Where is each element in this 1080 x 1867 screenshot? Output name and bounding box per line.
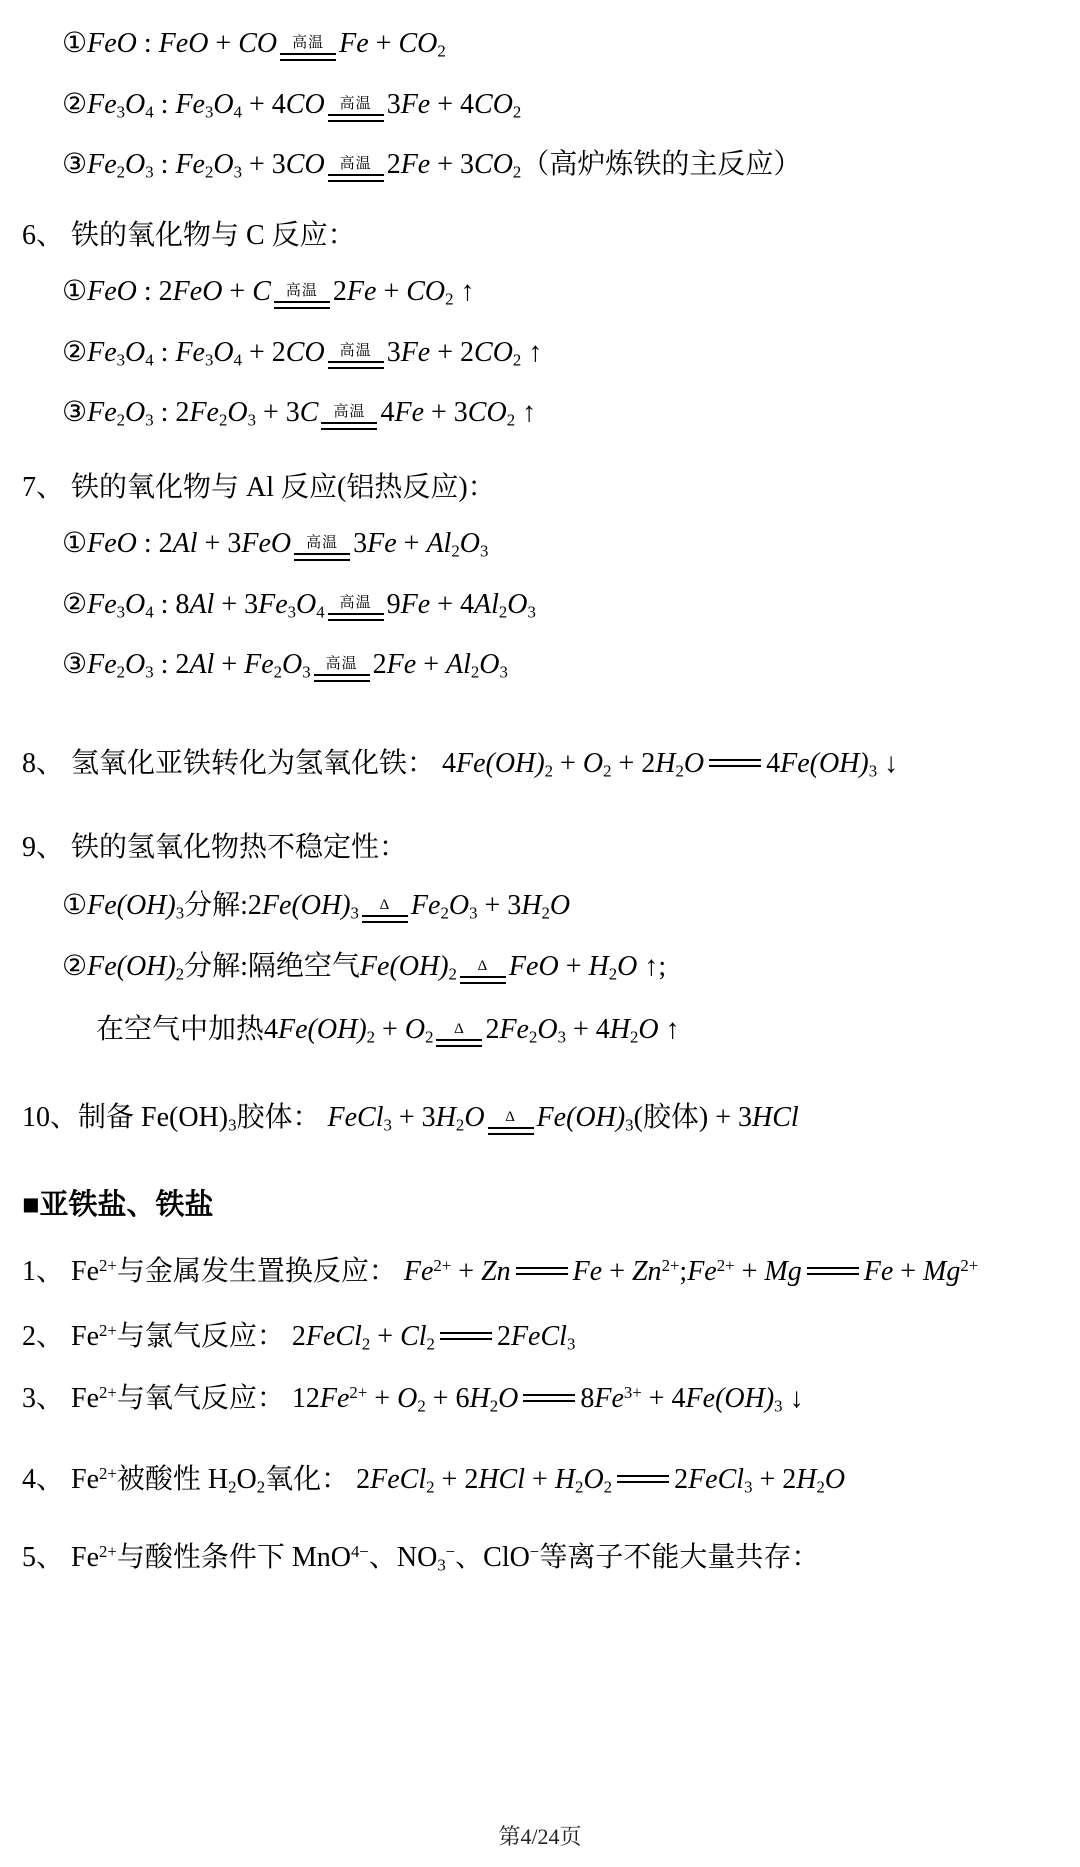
text-run: O	[464, 1102, 484, 1133]
text-run: + 2	[611, 748, 655, 779]
text-run: ①	[62, 528, 87, 559]
text-run: O	[125, 337, 145, 368]
text-run: :	[154, 89, 176, 120]
text-run: +	[397, 528, 427, 559]
list-item: 3、 Fe2+与氧气反应： 12Fe2+ + O2 + 6H2O8Fe3+ + …	[22, 1381, 1062, 1418]
text-run: CO	[406, 276, 445, 307]
text-run: HCl	[752, 1102, 799, 1133]
text-run: O	[125, 149, 145, 180]
subscript: 2	[507, 411, 515, 430]
subscript: 2	[117, 663, 125, 682]
text-run: H	[521, 890, 541, 921]
superscript: 2+	[717, 1256, 735, 1275]
text-run: O	[617, 951, 637, 982]
subscript: 4	[145, 350, 153, 369]
text-run: +	[602, 1256, 632, 1287]
text-run: Fe	[401, 149, 431, 180]
double-line-equals	[436, 1039, 482, 1047]
text-run: 与酸性条件下 MnO	[117, 1542, 351, 1573]
text-run: :	[154, 337, 176, 368]
subscript: 2	[417, 1397, 425, 1416]
text-run: Fe	[339, 28, 369, 59]
text-run: Fe	[404, 1256, 434, 1287]
text-run: H	[555, 1464, 575, 1495]
text-run: Fe	[411, 890, 441, 921]
text-run: : 2	[137, 528, 173, 559]
reaction-condition-equals: Δ	[362, 898, 408, 923]
text-run: C	[252, 276, 271, 307]
double-line-equals	[274, 301, 330, 309]
reaction-condition-equals: Δ	[436, 1022, 482, 1047]
text-run: FeCl	[370, 1464, 426, 1495]
double-line-equals	[314, 674, 370, 682]
text-run: Cl	[400, 1321, 426, 1352]
reaction-condition-equals: 高温	[328, 596, 384, 621]
equation-line: ③Fe2O3 : 2Fe2O3 + 3C高温4Fe + 3CO2 ↑	[62, 395, 1062, 432]
text-run: Fe	[87, 649, 117, 680]
text-run: + 4	[642, 1383, 686, 1414]
text-run: ↑	[515, 397, 536, 428]
reaction-condition-equals: 高温	[321, 405, 377, 430]
text-run: 4	[380, 397, 394, 428]
subscript: 2	[117, 411, 125, 430]
text-run: Fe(OH)	[87, 951, 176, 982]
text-run: Fe	[394, 397, 424, 428]
subscript: 2	[609, 965, 617, 984]
text-run: + 3	[242, 149, 286, 180]
text-run: O	[397, 1383, 417, 1414]
subscript: 4	[145, 102, 153, 121]
equation-line: ①FeO : FeO + CO高温Fe + CO2	[62, 26, 1062, 63]
text-run: O	[282, 649, 302, 680]
text-run: ↑	[454, 276, 475, 307]
text-run: Fe	[320, 1383, 350, 1414]
text-run: + 3	[477, 890, 521, 921]
text-run: : 2	[154, 649, 190, 680]
subscript: 2	[440, 904, 448, 923]
subscript: 3	[248, 411, 256, 430]
double-line-equals	[516, 1267, 568, 1275]
text-run: Fe(OH)	[262, 890, 351, 921]
text-run: + 3	[198, 528, 242, 559]
superscript: 4−	[351, 1542, 369, 1561]
equation-line: ②Fe3O4 : Fe3O4 + 2CO高温3Fe + 2CO2 ↑	[62, 335, 1062, 372]
text-run: Mg	[923, 1256, 960, 1287]
text-run: 10、制备 Fe(OH)	[22, 1102, 228, 1133]
text-run: +	[369, 28, 399, 59]
subscript: 2	[545, 761, 553, 780]
list-item: 2、 Fe2+与氯气反应： 2FeCl2 + Cl22FeCl3	[22, 1319, 1062, 1356]
text-run: FeO	[87, 528, 137, 559]
text-run: H	[655, 748, 675, 779]
equation-line: ②Fe3O4 : Fe3O4 + 4CO高温3Fe + 4CO2	[62, 87, 1062, 124]
superscript: 2+	[433, 1256, 451, 1275]
text-run: ③	[62, 397, 87, 428]
equation-line: ①FeO : 2Al + 3FeO高温3Fe + Al2O3	[62, 526, 1062, 563]
condition-label: 高温	[290, 36, 326, 53]
text-run: ②	[62, 89, 87, 120]
text-run: +	[525, 1464, 555, 1495]
condition-label: 高温	[331, 405, 367, 422]
text-run: +	[553, 748, 583, 779]
text-run: FeCl	[328, 1102, 384, 1133]
text-run: ↑;	[637, 951, 666, 982]
text-run: C	[300, 397, 319, 428]
double-line-equals	[321, 422, 377, 430]
condition-label: 高温	[304, 536, 340, 553]
text-run: Fe	[864, 1256, 894, 1287]
text-run: Zn	[632, 1256, 662, 1287]
text-run: FeCl	[306, 1321, 362, 1352]
text-run: +	[376, 276, 406, 307]
text-run: Fe	[573, 1256, 603, 1287]
text-run: 在空气中加热4	[96, 1014, 278, 1045]
subscript: 3	[500, 663, 508, 682]
condition-label: Δ	[503, 1110, 518, 1127]
text-run: 4	[766, 748, 780, 779]
superscript: 3+	[624, 1383, 642, 1402]
text-run: Fe	[347, 276, 377, 307]
text-run: 3	[353, 528, 367, 559]
text-run: FeCl	[688, 1464, 744, 1495]
subscript: 2	[437, 42, 445, 61]
text-run: 9	[387, 589, 401, 620]
reaction-condition-equals: 高温	[328, 157, 384, 182]
text-run: 胶体：	[236, 1102, 327, 1133]
equation-line: ①Fe(OH)3分解:2Fe(OH)3ΔFe2O3 + 3H2O	[62, 888, 1062, 925]
text-run: FeO	[87, 276, 137, 307]
superscript: 2+	[349, 1383, 367, 1402]
text-run: 分解:2	[184, 890, 262, 921]
text-run: H	[470, 1383, 490, 1414]
text-run: +	[208, 28, 238, 59]
text-run: O	[125, 397, 145, 428]
subscript: 2	[228, 1477, 236, 1496]
superscript: 2+	[960, 1256, 978, 1275]
text-run: 3	[387, 89, 401, 120]
text-run: Fe	[87, 149, 117, 180]
condition-label: 高温	[338, 157, 374, 174]
text-run: ↑	[659, 1014, 680, 1045]
subscript: 3	[480, 542, 488, 561]
equation-line: ②Fe3O4 : 8Al + 3Fe3O4高温9Fe + 4Al2O3	[62, 587, 1062, 624]
text-run: Fe	[594, 1383, 624, 1414]
text-run: Fe	[87, 589, 117, 620]
subscript: 2	[176, 965, 184, 984]
text-run: CO	[286, 89, 325, 120]
text-run: + 4	[242, 89, 286, 120]
text-run: + 3	[256, 397, 300, 428]
text-run: O	[125, 89, 145, 120]
text-run: O	[537, 1014, 557, 1045]
text-run: +	[451, 1256, 481, 1287]
text-run: CO	[286, 149, 325, 180]
text-run: CO	[238, 28, 277, 59]
list-item: 6、 铁的氧化物与 C 反应：	[22, 218, 1062, 254]
text-run: ③	[62, 149, 87, 180]
text-run: : 2	[137, 276, 173, 307]
text-run: 9、 铁的氢氧化物热不稳定性：	[22, 832, 407, 863]
double-line-equals	[328, 174, 384, 182]
condition-label: 高温	[284, 284, 320, 301]
list-item: 1、 Fe2+与金属发生置换反应： Fe2+ + ZnFe + Zn2+;Fe2…	[22, 1254, 1062, 1290]
text-run: Al	[173, 528, 198, 559]
subscript: 2	[257, 1477, 265, 1496]
text-run: 与氯气反应： 2	[117, 1321, 306, 1352]
text-run: H	[436, 1102, 456, 1133]
subscript: 3	[302, 663, 310, 682]
text-run: O	[449, 890, 469, 921]
double-line-equals	[328, 613, 384, 621]
text-run: 2	[373, 649, 387, 680]
reaction-condition-equals: Δ	[460, 959, 506, 984]
text-run: 与金属发生置换反应：	[117, 1256, 404, 1287]
text-run: +	[559, 951, 589, 982]
text-run: O	[213, 89, 233, 120]
text-run: Al	[426, 528, 451, 559]
superscript: −	[446, 1542, 455, 1561]
text-run: + 3	[392, 1102, 436, 1133]
text-run: 、NO	[369, 1542, 437, 1573]
double-line-equals	[460, 976, 506, 984]
text-run: :	[137, 28, 159, 59]
text-run: （高炉炼铁的主反应）	[521, 149, 801, 180]
subscript: 2	[427, 1334, 435, 1353]
subscript: 3	[145, 163, 153, 182]
text-run: Fe(OH)	[456, 748, 545, 779]
subscript: 3	[234, 163, 242, 182]
text-run: +	[375, 1014, 405, 1045]
double-line-equals	[294, 553, 350, 561]
text-run: 8、 氢氧化亚铁转化为氢氧化铁： 4	[22, 748, 456, 779]
reaction-condition-equals: Δ	[488, 1110, 534, 1135]
text-run: +	[370, 1321, 400, 1352]
superscript: 2+	[662, 1256, 680, 1275]
subscript: 3	[528, 602, 536, 621]
text-run: O	[227, 397, 247, 428]
text-run: ↓	[783, 1383, 804, 1414]
subscript: 3	[351, 904, 359, 923]
double-line-equals	[328, 114, 384, 122]
text-run: + 4	[430, 89, 474, 120]
text-run: Fe	[401, 589, 431, 620]
text-run: Mg	[764, 1256, 801, 1287]
list-item: 7、 铁的氧化物与 Al 反应(铝热反应)：	[22, 470, 1062, 506]
subscript: 3	[176, 904, 184, 923]
text-run: ↓	[877, 748, 898, 779]
text-run: O	[825, 1464, 845, 1495]
text-run: :	[154, 149, 176, 180]
text-run: 7、 铁的氧化物与 Al 反应(铝热反应)：	[22, 472, 496, 503]
text-run: Zn	[481, 1256, 511, 1287]
text-run: + 3	[214, 589, 258, 620]
subscript: 2	[425, 1027, 433, 1046]
condition-label: 高温	[338, 596, 374, 613]
subscript: 2	[542, 904, 550, 923]
double-line-equals	[362, 915, 408, 923]
equation-line: ①FeO : 2FeO + C高温2Fe + CO2 ↑	[62, 274, 1062, 311]
text-run: O	[583, 1464, 603, 1495]
text-run: 2	[387, 149, 401, 180]
text-run: O	[405, 1014, 425, 1045]
list-item: 9、 铁的氢氧化物热不稳定性：	[22, 830, 1062, 866]
text-run: CO	[474, 149, 513, 180]
text-run: H	[796, 1464, 816, 1495]
equation-line: ③Fe2O3 : 2Al + Fe2O3高温2Fe + Al2O3	[62, 647, 1062, 684]
text-run: + 3	[430, 149, 474, 180]
text-run: O	[498, 1383, 518, 1414]
text-run: ①	[62, 28, 87, 59]
double-line-equals	[328, 361, 384, 369]
text-run: Fe	[175, 337, 205, 368]
subscript: 4	[234, 102, 242, 121]
text-run: Fe	[258, 589, 288, 620]
superscript: 2+	[99, 1256, 117, 1275]
double-line-equals	[280, 53, 336, 61]
superscript: −	[530, 1542, 539, 1561]
text-run: : 2	[154, 397, 190, 428]
subscript: 2	[490, 1397, 498, 1416]
text-run: 4、 Fe	[22, 1464, 99, 1495]
text-run: CO	[398, 28, 437, 59]
text-run: Fe(OH)	[780, 748, 869, 779]
condition-label: 高温	[338, 344, 374, 361]
text-run: + 2	[242, 337, 286, 368]
text-run: 3	[387, 337, 401, 368]
text-run: O	[479, 649, 499, 680]
text-run: 2	[333, 276, 347, 307]
text-run: (胶体) + 3	[634, 1102, 752, 1133]
text-run: + 2	[752, 1464, 796, 1495]
text-run: ②	[62, 337, 87, 368]
text-run: Fe(OH)	[360, 951, 449, 982]
text-run: FeO	[509, 951, 559, 982]
equation-line: ③Fe2O3 : Fe2O3 + 3CO高温2Fe + 3CO2（高炉炼铁的主反…	[62, 147, 1062, 184]
subscript: 3	[567, 1334, 575, 1353]
subscript: 2	[445, 290, 453, 309]
text-run: Fe	[401, 337, 431, 368]
text-run: HCl	[478, 1464, 525, 1495]
text-run: + 2	[435, 1464, 479, 1495]
subscript: 2	[675, 761, 683, 780]
text-run: 2	[497, 1321, 511, 1352]
subscript: 2	[451, 542, 459, 561]
text-run: Fe	[499, 1014, 529, 1045]
text-run: +	[214, 649, 244, 680]
list-item: 5、 Fe2+与酸性条件下 MnO4−、NO3−、ClO−等离子不能大量共存：	[22, 1540, 1062, 1577]
text-run: 3、 Fe	[22, 1383, 99, 1414]
subscript: 3	[437, 1556, 445, 1575]
text-run: O	[583, 748, 603, 779]
subscript: 3	[558, 1027, 566, 1046]
reaction-condition-equals: 高温	[314, 657, 370, 682]
superscript: 2+	[99, 1383, 117, 1402]
text-run: ↑	[521, 337, 542, 368]
text-run: FeO	[87, 28, 137, 59]
text-run: +	[893, 1256, 923, 1287]
condition-label: Δ	[452, 1022, 467, 1039]
text-run: O	[460, 528, 480, 559]
text-run: 8	[580, 1383, 594, 1414]
text-run: H	[610, 1014, 630, 1045]
text-run: Fe(OH)	[686, 1383, 775, 1414]
text-run: Fe(OH)	[537, 1102, 626, 1133]
text-run: 2	[674, 1464, 688, 1495]
text-run: ②	[62, 589, 87, 620]
subscript: 3	[288, 602, 296, 621]
text-run: Fe	[401, 89, 431, 120]
subscript: 3	[869, 761, 877, 780]
text-run: O	[296, 589, 316, 620]
text-run: +	[367, 1383, 397, 1414]
text-run: Fe	[87, 397, 117, 428]
superscript: 2+	[99, 1542, 117, 1561]
subscript: 2	[449, 965, 457, 984]
reaction-condition-equals: 高温	[328, 97, 384, 122]
section-heading: ■亚铁盐、铁盐	[22, 1187, 1062, 1225]
text-run: Fe	[87, 89, 117, 120]
double-line-equals	[488, 1127, 534, 1135]
double-line-equals	[709, 759, 761, 767]
text-run: +	[416, 649, 446, 680]
text-run: O	[684, 748, 704, 779]
text-run: 等离子不能大量共存：	[539, 1542, 819, 1573]
subscript: 4	[145, 602, 153, 621]
text-run: 被酸性 H	[117, 1464, 228, 1495]
text-run: O	[125, 649, 145, 680]
text-run: FeO	[173, 276, 223, 307]
subscript: 3	[625, 1116, 633, 1135]
text-run: 与氧气反应： 12	[117, 1383, 320, 1414]
text-run: Fe	[367, 528, 397, 559]
text-run: 、ClO	[455, 1542, 530, 1573]
text-run: O	[550, 890, 570, 921]
text-run: Fe	[387, 649, 417, 680]
text-run: + 2	[430, 337, 474, 368]
subscript: 2	[513, 102, 521, 121]
text-run: Fe	[189, 397, 219, 428]
text-run: CO	[468, 397, 507, 428]
text-run: ②	[62, 951, 87, 982]
text-run: O	[213, 149, 233, 180]
double-line-equals	[440, 1332, 492, 1340]
text-run: O	[125, 589, 145, 620]
text-run: + 3	[424, 397, 468, 428]
text-run: CO	[474, 89, 513, 120]
text-run: 6、 铁的氧化物与 C 反应：	[22, 220, 356, 251]
subscript: 2	[816, 1477, 824, 1496]
subscript: 3	[145, 411, 153, 430]
double-line-equals	[523, 1394, 575, 1402]
text-run: Fe(OH)	[278, 1014, 367, 1045]
text-run: Fe	[175, 149, 205, 180]
text-run: O	[507, 589, 527, 620]
page-number: 第4/24页	[0, 1820, 1080, 1851]
text-run: Al	[189, 649, 214, 680]
text-run: + 4	[566, 1014, 610, 1045]
subscript: 2	[604, 1477, 612, 1496]
condition-label: 高温	[324, 657, 360, 674]
text-run: + 6	[426, 1383, 470, 1414]
subscript: 4	[316, 602, 324, 621]
text-run: Al	[474, 589, 499, 620]
subscript: 3	[145, 663, 153, 682]
text-run: O	[638, 1014, 658, 1045]
subscript: 4	[234, 350, 242, 369]
text-run: ①	[62, 890, 87, 921]
text-run: Fe	[87, 337, 117, 368]
reaction-condition-equals: 高温	[274, 284, 330, 309]
